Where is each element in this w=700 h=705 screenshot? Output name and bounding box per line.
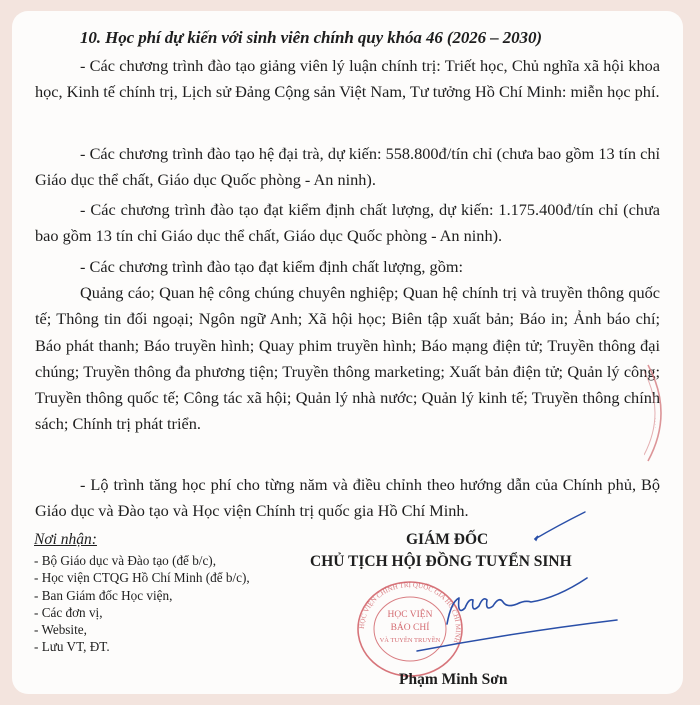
paragraph-accredited-intro: - Các chương trình đào tạo đạt kiểm định… xyxy=(35,254,660,280)
paragraph-tuition-roadmap: - Lộ trình tăng học phí cho từng năm và … xyxy=(35,472,660,525)
stamp-line-1: HỌC VIỆN xyxy=(388,608,433,620)
signature-title-chairman: CHỦ TỊCH HỘI ĐỒNG TUYỂN SINH xyxy=(310,553,572,571)
stamp-line-2: BÁO CHÍ xyxy=(391,621,430,633)
document-card: 10. Học phí dự kiến với sinh viên chính … xyxy=(12,11,683,694)
recipients-list: - Bộ Giáo dục và Đào tạo (để b/c), - Học… xyxy=(34,552,250,656)
paragraph-political-theory: - Các chương trình đào tạo giảng viên lý… xyxy=(35,53,660,106)
section-heading: 10. Học phí dự kiến với sinh viên chính … xyxy=(80,28,542,48)
recipient-item: - Các đơn vị, xyxy=(34,604,250,621)
recipients-title: Nơi nhận: xyxy=(34,531,97,549)
signer-name: Phạm Minh Sơn xyxy=(399,671,508,689)
official-stamp: HỌC VIỆN CHÍNH TRỊ QUỐC GIA HỒ CHÍ MINH … xyxy=(350,579,470,679)
svg-text:· · · ·: · · · · xyxy=(652,418,657,429)
stamp-line-3: VÀ TUYÊN TRUYỀN xyxy=(380,636,441,644)
edge-seal-mark: · · · · xyxy=(644,363,674,463)
paragraph-accredited-tuition: - Các chương trình đào tạo đạt kiểm định… xyxy=(35,197,660,250)
recipient-item: - Bộ Giáo dục và Đào tạo (để b/c), xyxy=(34,552,250,569)
recipient-item: - Lưu VT, ĐT. xyxy=(34,638,250,655)
recipient-item: - Học viện CTQG Hồ Chí Minh (để b/c), xyxy=(34,569,250,586)
signature-title-director: GIÁM ĐỐC xyxy=(406,531,488,549)
recipient-item: - Ban Giám đốc Học viện, xyxy=(34,587,250,604)
recipient-item: - Website, xyxy=(34,621,250,638)
paragraph-standard-tuition: - Các chương trình đào tạo hệ đại trà, d… xyxy=(35,141,660,194)
paragraph-accredited-programs: Quảng cáo; Quan hệ công chúng chuyên ngh… xyxy=(35,280,660,438)
